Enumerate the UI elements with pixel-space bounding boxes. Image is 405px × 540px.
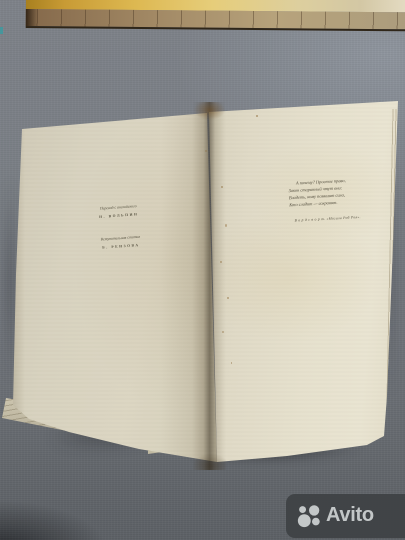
foxing-speck [220,261,222,263]
foxing-speck [222,331,224,333]
foxing-speck [225,224,227,227]
book-gutter [192,102,226,470]
avito-logo-icon [297,504,321,528]
foxing-speck [221,186,223,188]
left-page [8,104,220,476]
top-book [26,0,405,34]
top-book-page-edge [26,9,405,31]
foxing-speck [205,150,207,152]
epigraph: А почему? Простое право, Закон старинный… [288,175,392,224]
foxing-speck [227,297,229,299]
foxing-speck [256,115,258,117]
foxing-speck [231,362,232,364]
avito-watermark: Avito [286,494,405,538]
photo: Перевод с английского Н. ВОЛЬПИН Вступит… [0,0,405,540]
teal-speck [0,27,3,34]
avito-wordmark: Avito [326,505,374,527]
right-page [196,95,404,473]
